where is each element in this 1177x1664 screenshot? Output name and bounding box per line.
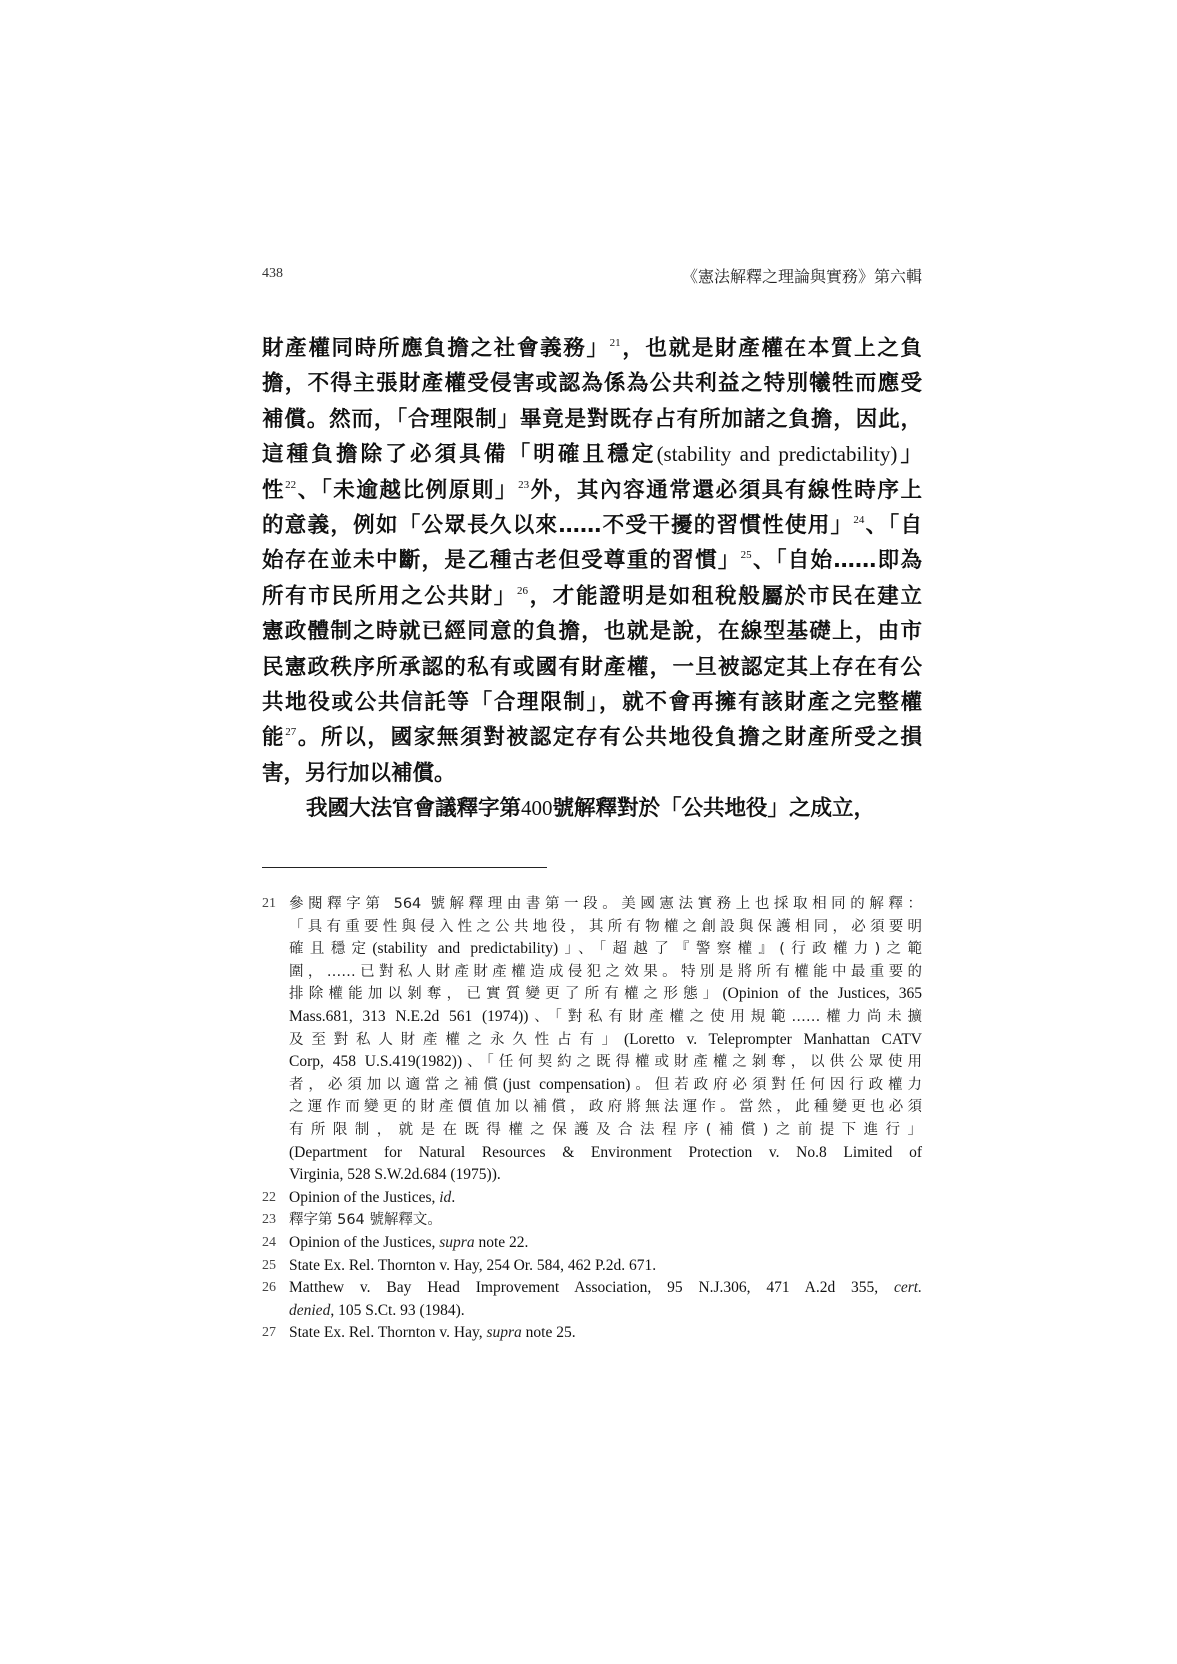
footnote-number: 23 bbox=[262, 1209, 276, 1232]
footnote-ref-23[interactable]: 23 bbox=[518, 479, 529, 491]
footnote-ref-21[interactable]: 21 bbox=[610, 337, 621, 349]
body-line-paragraph-start: 我國大法官會議釋字第400號解釋對於「公共地役」之成立， bbox=[262, 791, 922, 826]
body-line: 補償。然而，「合理限制」畢竟是對既存占有所加諸之負擔，因此， bbox=[262, 402, 922, 437]
body-line: 擔，不得主張財產權受侵害或認為係為公共利益之特別犧牲而應受 bbox=[262, 366, 922, 401]
page-header: 438 《憲法解釋之理論與實務》第六輯 bbox=[262, 266, 922, 290]
footnote-ref-24[interactable]: 24 bbox=[853, 514, 864, 526]
body-line: 的意義，例如「公眾長久以來……不受干擾的習慣性使用」24、「自 bbox=[262, 508, 922, 543]
footnote-number: 25 bbox=[262, 1255, 276, 1278]
footnote-ref-22[interactable]: 22 bbox=[285, 479, 296, 491]
body-line: 能27。所以，國家無須對被認定存有公共地役負擔之財產所受之損 bbox=[262, 720, 922, 755]
footnote-number: 22 bbox=[262, 1187, 276, 1210]
body-line: 性22、「未逾越比例原則」23外，其內容通常還必須具有線性時序上 bbox=[262, 473, 922, 508]
body-line: 財產權同時所應負擔之社會義務」21，也就是財產權在本質上之負 bbox=[262, 331, 922, 366]
footnote-separator bbox=[262, 867, 547, 868]
body-line: 憲政體制之時就已經同意的負擔，也就是說，在線型基礎上，由市 bbox=[262, 614, 922, 649]
footnote-ref-26[interactable]: 26 bbox=[517, 585, 528, 597]
footnote-22: 22 Opinion of the Justices, id. bbox=[262, 1187, 922, 1210]
footnote-23: 23 釋字第 564 號解釋文。 bbox=[262, 1209, 922, 1232]
footnote-ref-27[interactable]: 27 bbox=[285, 726, 296, 738]
footnote-26: 26 Matthew v. Bay Head Improvement Assoc… bbox=[262, 1277, 922, 1322]
page-number: 438 bbox=[262, 266, 283, 282]
footnote-25: 25 State Ex. Rel. Thornton v. Hay, 254 O… bbox=[262, 1255, 922, 1278]
body-text: 財產權同時所應負擔之社會義務」21，也就是財產權在本質上之負 擔，不得主張財產權… bbox=[262, 331, 922, 827]
body-line: 所有市民所用之公共財」26，才能證明是如租稅般屬於市民在建立 bbox=[262, 579, 922, 614]
running-title: 《憲法解釋之理論與實務》第六輯 bbox=[682, 264, 922, 287]
body-line: 這種負擔除了必須具備「明確且穩定(stability and predictab… bbox=[262, 437, 922, 472]
body-line: 民憲政秩序所承認的私有或國有財產權，一旦被認定其上存在有公 bbox=[262, 650, 922, 685]
body-line: 害，另行加以補償。 bbox=[262, 756, 922, 791]
footnote-number: 26 bbox=[262, 1277, 276, 1300]
footnote-number: 21 bbox=[262, 893, 276, 916]
body-line: 始存在並未中斷，是乙種古老但受尊重的習慣」25、「自始……即為 bbox=[262, 543, 922, 578]
footnote-24: 24 Opinion of the Justices, supra note 2… bbox=[262, 1232, 922, 1255]
footnote-21: 21 參閱釋字第 564 號解釋理由書第一段。美國憲法實務上也採取相同的解釋： … bbox=[262, 893, 922, 1187]
body-line: 共地役或公共信託等「合理限制」，就不會再擁有該財產之完整權 bbox=[262, 685, 922, 720]
footnote-number: 27 bbox=[262, 1322, 276, 1345]
footnotes: 21 參閱釋字第 564 號解釋理由書第一段。美國憲法實務上也採取相同的解釋： … bbox=[262, 893, 922, 1345]
footnote-ref-25[interactable]: 25 bbox=[741, 549, 752, 561]
footnote-27: 27 State Ex. Rel. Thornton v. Hay, supra… bbox=[262, 1322, 922, 1345]
footnote-number: 24 bbox=[262, 1232, 276, 1255]
